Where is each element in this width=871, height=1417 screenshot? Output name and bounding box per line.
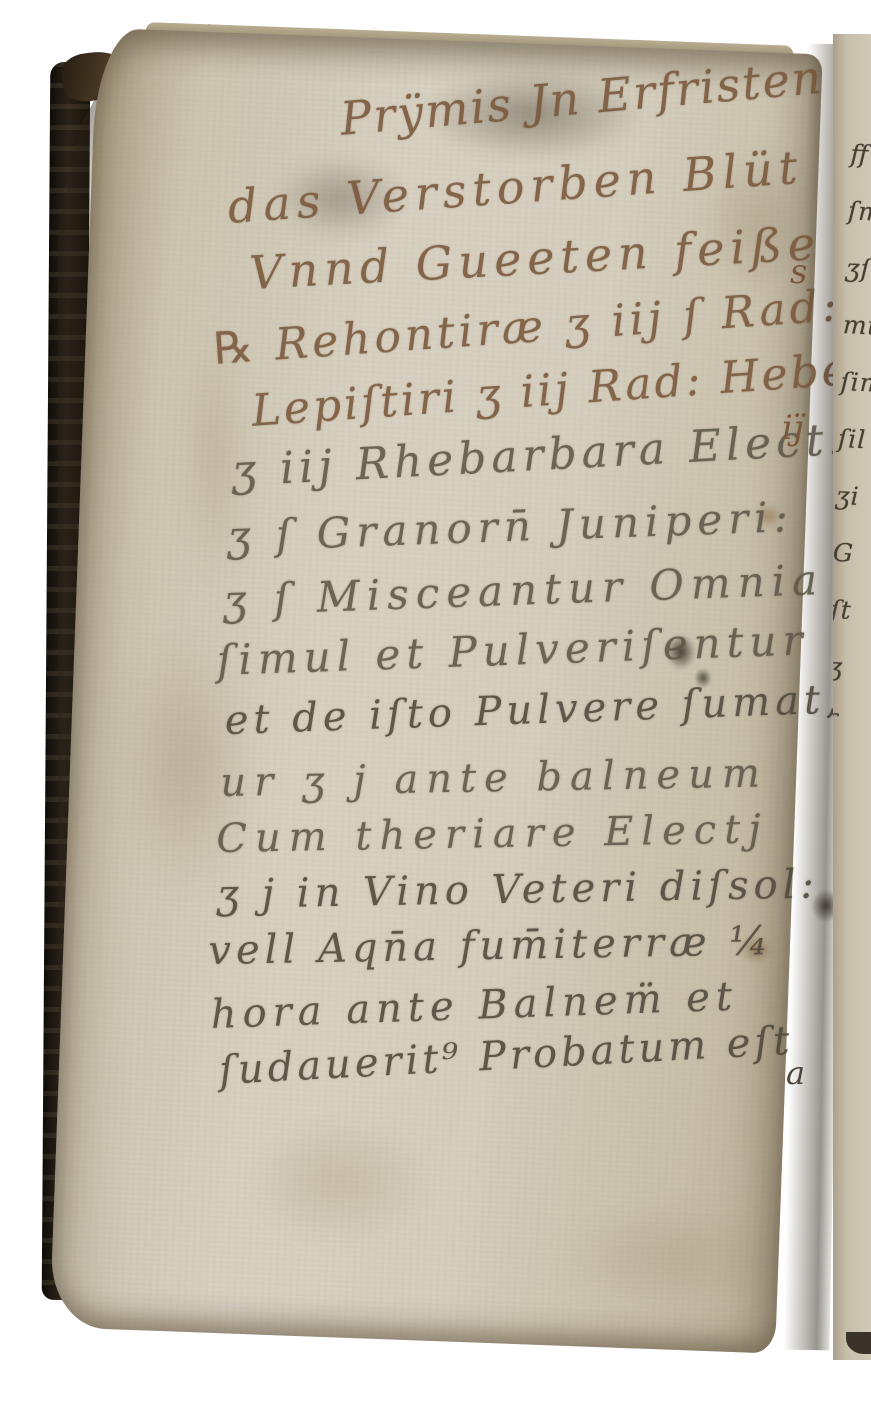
facing-page-text-fragment: ſ <box>833 695 871 754</box>
facing-page-sliver: ﬀ ſm ʒſ mt ſim ſil ʒi G ſt ʒ ſ <box>833 34 871 1360</box>
facing-page-text-fragment: G <box>833 524 871 583</box>
facing-page-text-fragment: ﬀ <box>849 125 871 184</box>
facing-page-text-fragment: ſil <box>837 410 871 469</box>
handwriting-line: vell Aqn̄a fum̄iterræ ¼ <box>208 918 773 974</box>
facing-page-text-fragment: ʒ <box>833 638 871 697</box>
manuscript-photo: Prÿmis Jn Erfristen das Verstorben Blüt … <box>0 0 871 1417</box>
facing-page-text-fragment: ʒi <box>834 467 871 526</box>
facing-page-text-fragment: ſt <box>833 581 871 640</box>
facing-page-text-fragment: ſim <box>839 353 871 412</box>
facing-page-text-fragment: mt <box>842 296 871 355</box>
facing-page-text-fragment: ſm <box>847 182 871 241</box>
facing-page-text-fragment: ʒſ <box>844 239 871 298</box>
facing-page-text: ﬀ ſm ʒſ mt ſim ſil ʒi G ſt ʒ ſ <box>833 125 871 753</box>
handwriting-line: Cum theriare Electj <box>216 806 769 862</box>
handwriting-line: ur ʒ j ante balneum <box>220 750 768 806</box>
